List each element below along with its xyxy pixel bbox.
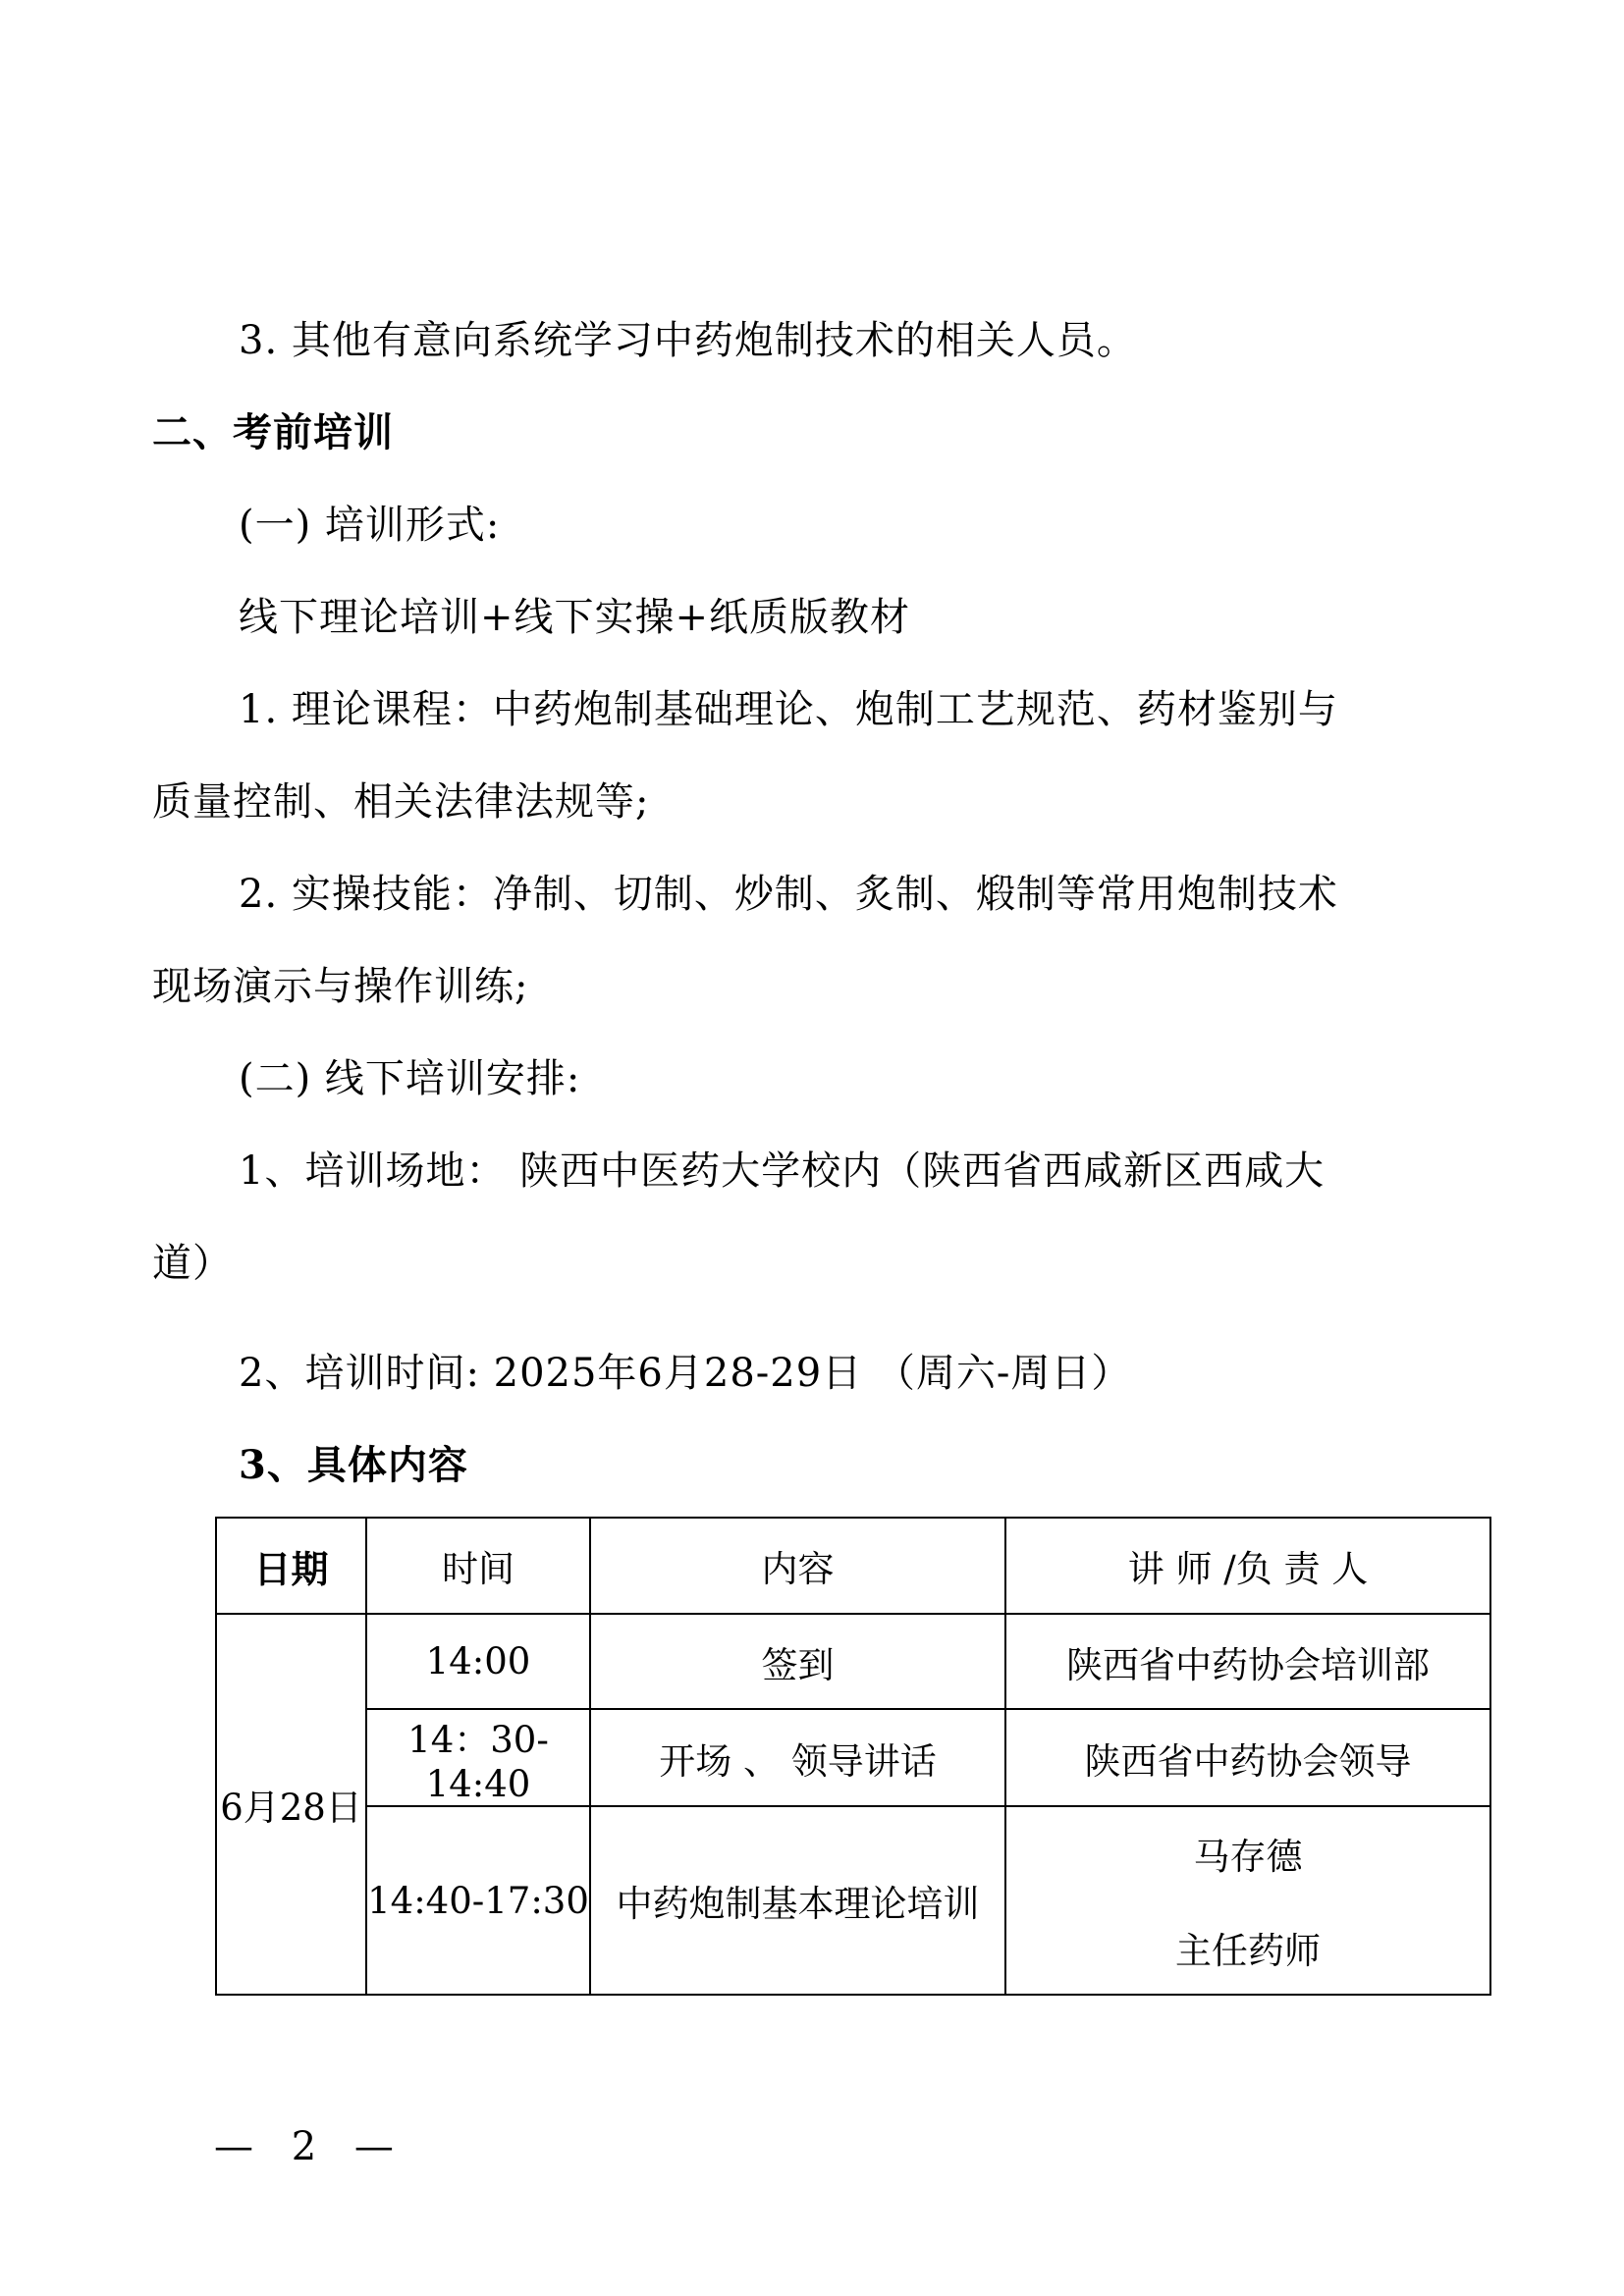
header-cell-speaker: 讲 师 /负 责 人	[1005, 1518, 1490, 1614]
header-cell-time: 时间	[366, 1518, 590, 1614]
speaker-name-title: 马存德 主任药师	[1006, 1827, 1489, 1974]
header-cell-date: 日期	[216, 1518, 366, 1614]
date-cell: 6月28日	[216, 1614, 366, 1995]
section-heading: 二、考前培训	[152, 387, 1565, 479]
table-row: 14:40-17:30 中药炮制基本理论培训 马存德 主任药师	[216, 1806, 1490, 1995]
body-text-lower: 2、培训时间: 2025年6月28-29日 （周六-周日） 3、具体内容	[152, 1327, 1565, 1512]
speaker-cell: 陕西省中药协会培训部	[1005, 1614, 1490, 1709]
paragraph-line: 质量控制、相关法律法规等;	[152, 756, 1565, 848]
speaker-title: 主任药师	[1006, 1921, 1489, 1974]
page-number: — 2 —	[214, 2124, 394, 2169]
schedule-table: 日期 时间 内容 讲 师 /负 责 人 6月28日 14:00 签到 陕西省中药…	[215, 1517, 1491, 1996]
speaker-cell: 陕西省中药协会领导	[1005, 1709, 1490, 1806]
paragraph-line: (二) 线下培训安排:	[152, 1033, 1565, 1125]
table-row: 6月28日 14:00 签到 陕西省中药协会培训部	[216, 1614, 1490, 1709]
content-cell: 签到	[590, 1614, 1005, 1709]
table-row: 14：30-14:40 开场 、 领导讲话 陕西省中药协会领导	[216, 1709, 1490, 1806]
content-cell: 开场 、 领导讲话	[590, 1709, 1005, 1806]
speaker-cell: 马存德 主任药师	[1005, 1806, 1490, 1995]
paragraph-line: 道）	[152, 1217, 1565, 1309]
paragraph-line: 3. 其他有意向系统学习中药炮制技术的相关人员。	[152, 294, 1565, 387]
body-text-upper: 3. 其他有意向系统学习中药炮制技术的相关人员。 二、考前培训 (一) 培训形式…	[152, 294, 1565, 1309]
paragraph-line: (一) 培训形式:	[152, 479, 1565, 571]
time-cell: 14:40-17:30	[366, 1806, 590, 1995]
time-cell: 14:00	[366, 1614, 590, 1709]
table-header-row: 日期 时间 内容 讲 师 /负 责 人	[216, 1518, 1490, 1614]
speaker-name: 马存德	[1006, 1827, 1489, 1880]
paragraph-line: 1. 理论课程：中药炮制基础理论、炮制工艺规范、药材鉴别与	[152, 664, 1565, 756]
time-cell: 14：30-14:40	[366, 1709, 590, 1806]
paragraph-line: 2. 实操技能：净制、切制、炒制、炙制、煅制等常用炮制技术	[152, 848, 1565, 940]
document-page: 3. 其他有意向系统学习中药炮制技术的相关人员。 二、考前培训 (一) 培训形式…	[0, 0, 1624, 2296]
paragraph-line: 2、培训时间: 2025年6月28-29日 （周六-周日）	[152, 1327, 1565, 1419]
paragraph-line: 线下理论培训+线下实操+纸质版教材	[152, 571, 1565, 664]
sub-heading: 3、具体内容	[152, 1419, 1565, 1512]
paragraph-line: 1、培训场地： 陕西中医药大学校内（陕西省西咸新区西咸大	[152, 1125, 1565, 1217]
content-cell: 中药炮制基本理论培训	[590, 1806, 1005, 1995]
paragraph-line: 现场演示与操作训练;	[152, 940, 1565, 1033]
header-cell-content: 内容	[590, 1518, 1005, 1614]
